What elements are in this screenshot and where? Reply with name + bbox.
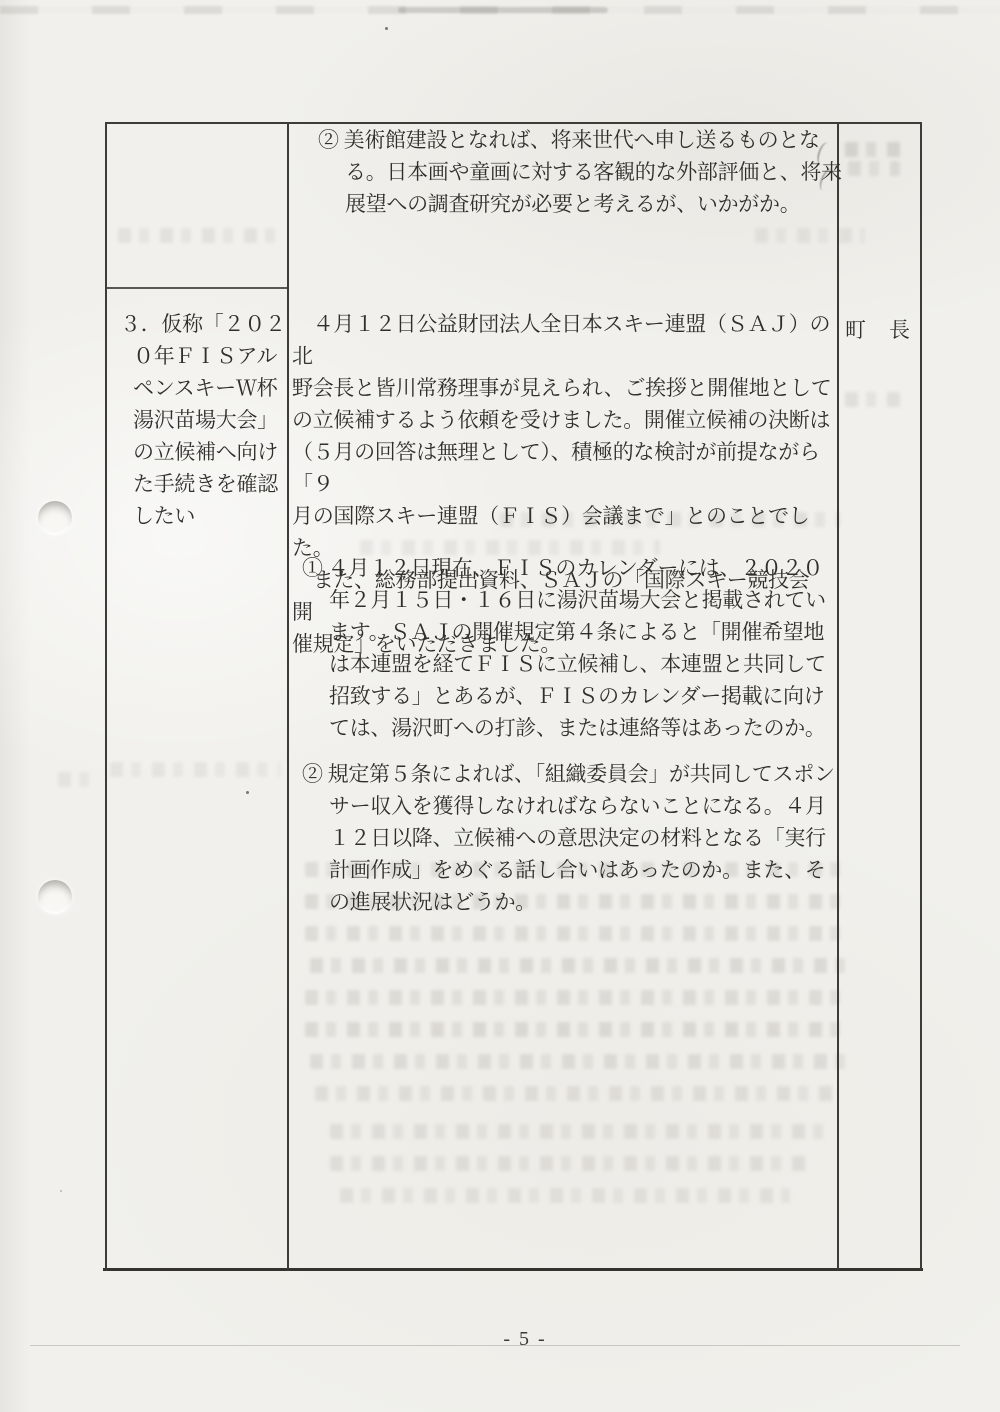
punch-hole-bottom (38, 880, 72, 914)
bleedthrough-artifact (330, 1124, 830, 1139)
table-row-divider-question-col (105, 287, 289, 289)
bleedthrough-artifact (340, 1188, 790, 1203)
bleedthrough-artifact (305, 1022, 850, 1037)
bleedthrough-artifact (305, 990, 850, 1005)
bleedthrough-artifact (58, 772, 100, 787)
prev-question-item-2: ② 美術館建設となれば、将来世代へ申し送るものとな る。日本画や童画に対する客観… (318, 124, 875, 220)
scan-edge-noise-dark (398, 7, 608, 13)
bleedthrough-artifact (845, 392, 903, 407)
bleedthrough-artifact (118, 228, 278, 243)
bleedthrough-artifact (330, 1156, 810, 1171)
bleedthrough-artifact (305, 926, 845, 941)
page-number: - 5 - (465, 1328, 585, 1351)
explanation-item-2: ② 規定第５条によれば、「組織委員会」が共同してスポン サー収入を獲得しなければ… (302, 758, 874, 918)
table-border-left (105, 122, 107, 1270)
bleedthrough-artifact (310, 1054, 845, 1069)
dust-speck (385, 27, 388, 30)
table-border-right (920, 122, 922, 1270)
table-border-bottom (103, 1268, 923, 1271)
explanation-item-1: ① ４月１２日現在、ＦＩＳのカレンダーには、２０２０ 年２月１５日・１６日に湯沢… (302, 552, 874, 744)
question-3-title: ３．仮称「２０２ ０年ＦＩＳアル ペンスキーＷ杯 湯沢苗場大会」 の立候補へ向け… (120, 308, 311, 532)
bleedthrough-artifact (110, 762, 280, 777)
punch-hole-top (38, 501, 72, 535)
bleedthrough-artifact (310, 958, 845, 973)
table-divider-question-body (287, 122, 289, 1270)
bleedthrough-artifact (755, 228, 865, 243)
dust-speck (60, 1190, 62, 1192)
dust-speck (246, 791, 249, 794)
bleedthrough-artifact (315, 1086, 835, 1101)
answerer-cell: 町 長 (845, 314, 911, 344)
